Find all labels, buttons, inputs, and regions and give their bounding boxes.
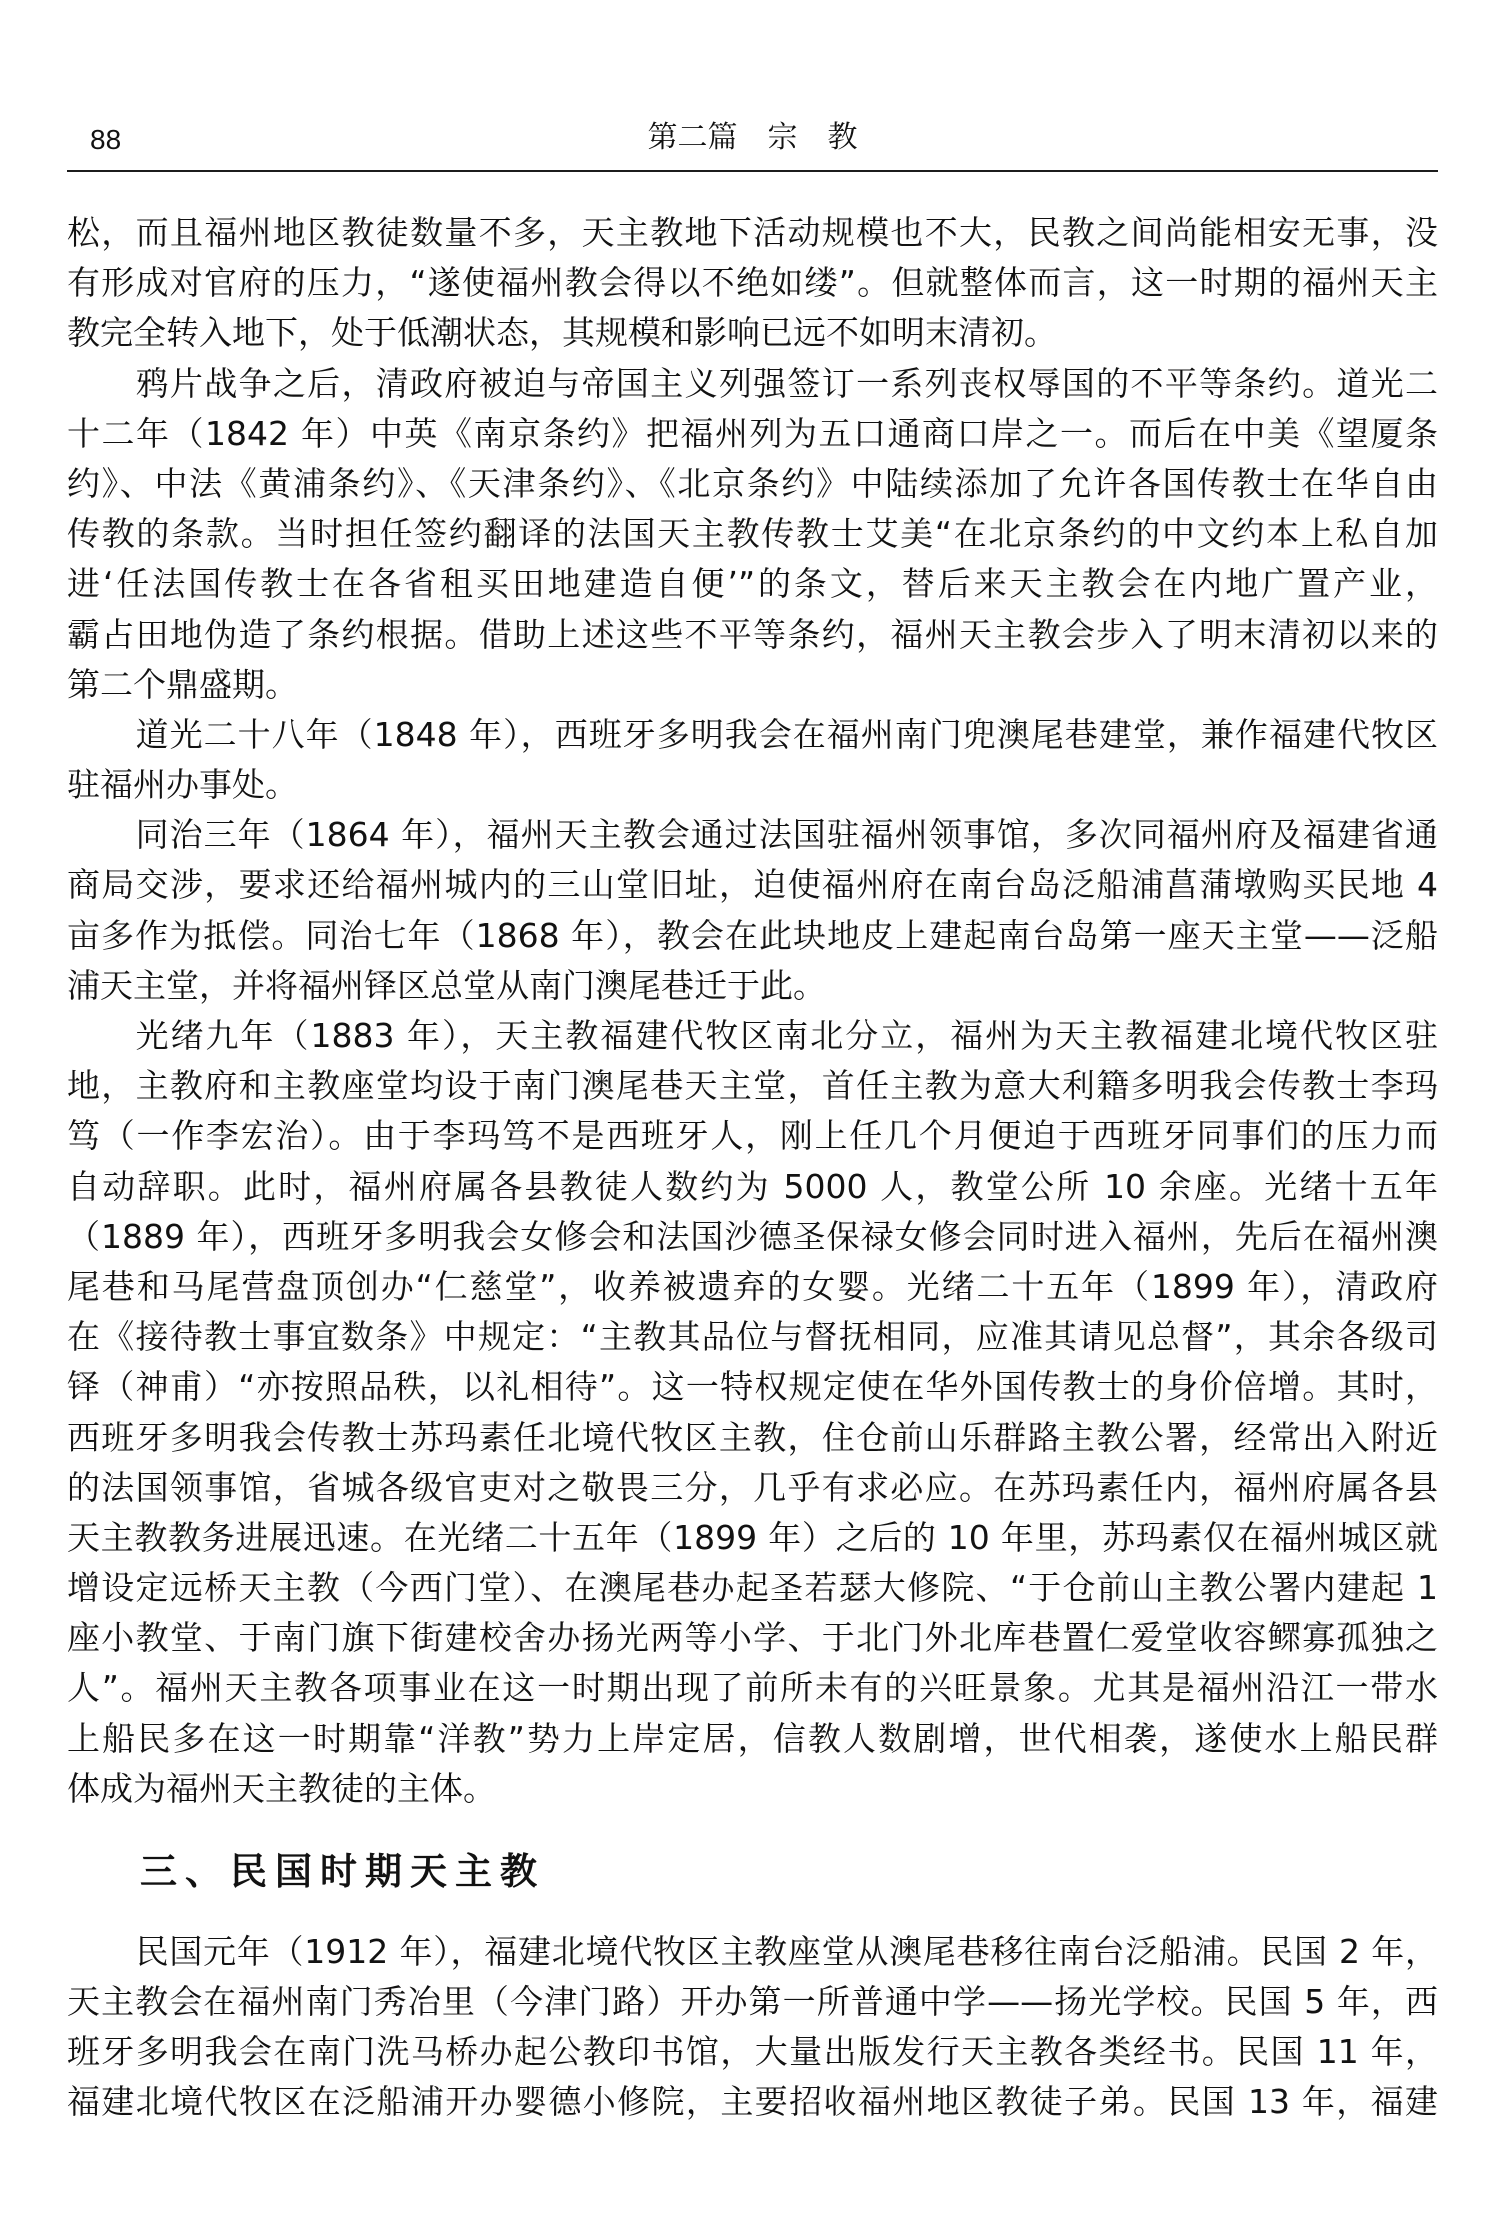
text-line: 人”。福州天主教各项事业在这一时期出现了前所未有的兴旺景象。尤其是福州沿江一带水 — [67, 1663, 1438, 1713]
header-rule — [67, 170, 1438, 172]
text-line: 座小教堂、于南门旗下街建校舍办扬光两等小学、于北门外北库巷置仁爱堂收容鳏寡孤独之 — [67, 1613, 1438, 1663]
body-text: 松，而且福州地区教徒数量不多，天主教地下活动规模也不大，民教之间尚能相安无事，没… — [67, 208, 1438, 2127]
running-title: 第二篇 宗 教 — [67, 118, 1438, 158]
text-line: 教完全转入地下，处于低潮状态，其规模和影响已远不如明末清初。 — [67, 308, 1438, 358]
paragraph: 民国元年（1912 年），福建北境代牧区主教座堂从澳尾巷移往南台泛船浦。民国 2… — [67, 1927, 1438, 2128]
text-line: 道光二十八年（1848 年），西班牙多明我会在福州南门兜澳尾巷建堂，兼作福建代牧… — [67, 710, 1438, 760]
paragraph: 鸦片战争之后，清政府被迫与帝国主义列强签订一系列丧权辱国的不平等条约。道光二 十… — [67, 359, 1438, 710]
text-line: 驻福州办事处。 — [67, 760, 1438, 810]
text-line: 十二年（1842 年）中英《南京条约》把福州列为五口通商口岸之一。而后在中美《望… — [67, 409, 1438, 459]
section-heading: 三、民国时期天主教 — [67, 1814, 1438, 1927]
text-line: 在《接待教士事宜数条》中规定：“主教其品位与督抚相同，应准其请见总督”，其余各级… — [67, 1312, 1438, 1362]
text-line: 天主教教务进展迅速。在光绪二十五年（1899 年）之后的 10 年里，苏玛素仅在… — [67, 1513, 1438, 1563]
text-line: 有形成对官府的压力，“遂使福州教会得以不绝如缕”。但就整体而言，这一时期的福州天… — [67, 258, 1438, 308]
text-line: 体成为福州天主教徒的主体。 — [67, 1764, 1438, 1814]
paragraph: 道光二十八年（1848 年），西班牙多明我会在福州南门兜澳尾巷建堂，兼作福建代牧… — [67, 710, 1438, 810]
text-line: 鸦片战争之后，清政府被迫与帝国主义列强签订一系列丧权辱国的不平等条约。道光二 — [67, 359, 1438, 409]
text-line: 自动辞职。此时，福州府属各县教徒人数约为 5000 人，教堂公所 10 余座。光… — [67, 1162, 1438, 1212]
text-line: 天主教会在福州南门秀冶里（今津门路）开办第一所普通中学——扬光学校。民国 5 年… — [67, 1977, 1438, 2027]
text-line: 进‘任法国传教士在各省租买田地建造自便’”的条文，替后来天主教会在内地广置产业， — [67, 559, 1438, 609]
text-line: 地，主教府和主教座堂均设于南门澳尾巷天主堂，首任主教为意大利籍多明我会传教士李玛 — [67, 1061, 1438, 1111]
paragraph: 同治三年（1864 年），福州天主教会通过法国驻福州领事馆，多次同福州府及福建省… — [67, 810, 1438, 1011]
text-line: 霸占田地伪造了条约根据。借助上述这些不平等条约，福州天主教会步入了明末清初以来的 — [67, 610, 1438, 660]
text-line: 西班牙多明我会传教士苏玛素任北境代牧区主教，住仓前山乐群路主教公署，经常出入附近 — [67, 1413, 1438, 1463]
text-line: 笃（一作李宏治）。由于李玛笃不是西班牙人，刚上任几个月便迫于西班牙同事们的压力而 — [67, 1111, 1438, 1161]
text-line: 商局交涉，要求还给福州城内的三山堂旧址，迫使福州府在南台岛泛船浦菖蒲墩购买民地 … — [67, 860, 1438, 910]
text-line: （1889 年），西班牙多明我会女修会和法国沙德圣保禄女修会同时进入福州，先后在… — [67, 1212, 1438, 1262]
text-line: 班牙多明我会在南门洗马桥办起公教印书馆，大量出版发行天主教各类经书。民国 11 … — [67, 2027, 1438, 2077]
text-line: 约》、中法《黄浦条约》、《天津条约》、《北京条约》中陆续添加了允许各国传教士在华… — [67, 459, 1438, 509]
text-line: 福建北境代牧区在泛船浦开办婴德小修院，主要招收福州地区教徒子弟。民国 13 年，… — [67, 2077, 1438, 2127]
text-line: 浦天主堂，并将福州铎区总堂从南门澳尾巷迁于此。 — [67, 961, 1438, 1011]
text-line: 铎（神甫）“亦按照品秩，以礼相待”。这一特权规定使在华外国传教士的身价倍增。其时… — [67, 1362, 1438, 1412]
text-line: 增设定远桥天主教（今西门堂）、在澳尾巷办起圣若瑟大修院、“于仓前山主教公署内建起… — [67, 1563, 1438, 1613]
text-line: 光绪九年（1883 年），天主教福建代牧区南北分立，福州为天主教福建北境代牧区驻 — [67, 1011, 1438, 1061]
paragraph: 松，而且福州地区教徒数量不多，天主教地下活动规模也不大，民教之间尚能相安无事，没… — [67, 208, 1438, 359]
text-line: 上船民多在这一时期靠“洋教”势力上岸定居，信教人数剧增，世代相袭，遂使水上船民群 — [67, 1714, 1438, 1764]
text-line: 的法国领事馆，省城各级官吏对之敬畏三分，几乎有求必应。在苏玛素任内，福州府属各县 — [67, 1463, 1438, 1513]
text-line: 松，而且福州地区教徒数量不多，天主教地下活动规模也不大，民教之间尚能相安无事，没 — [67, 208, 1438, 258]
text-line: 尾巷和马尾营盘顶创办“仁慈堂”，收养被遗弃的女婴。光绪二十五年（1899 年），… — [67, 1262, 1438, 1312]
text-line: 同治三年（1864 年），福州天主教会通过法国驻福州领事馆，多次同福州府及福建省… — [67, 810, 1438, 860]
paragraph: 光绪九年（1883 年），天主教福建代牧区南北分立，福州为天主教福建北境代牧区驻… — [67, 1011, 1438, 1814]
text-line: 民国元年（1912 年），福建北境代牧区主教座堂从澳尾巷移往南台泛船浦。民国 2… — [67, 1927, 1438, 1977]
text-line: 亩多作为抵偿。同治七年（1868 年），教会在此块地皮上建起南台岛第一座天主堂—… — [67, 911, 1438, 961]
text-line: 第二个鼎盛期。 — [67, 660, 1438, 710]
text-line: 传教的条款。当时担任签约翻译的法国天主教传教士艾美“在北京条约的中文约本上私自加 — [67, 509, 1438, 559]
